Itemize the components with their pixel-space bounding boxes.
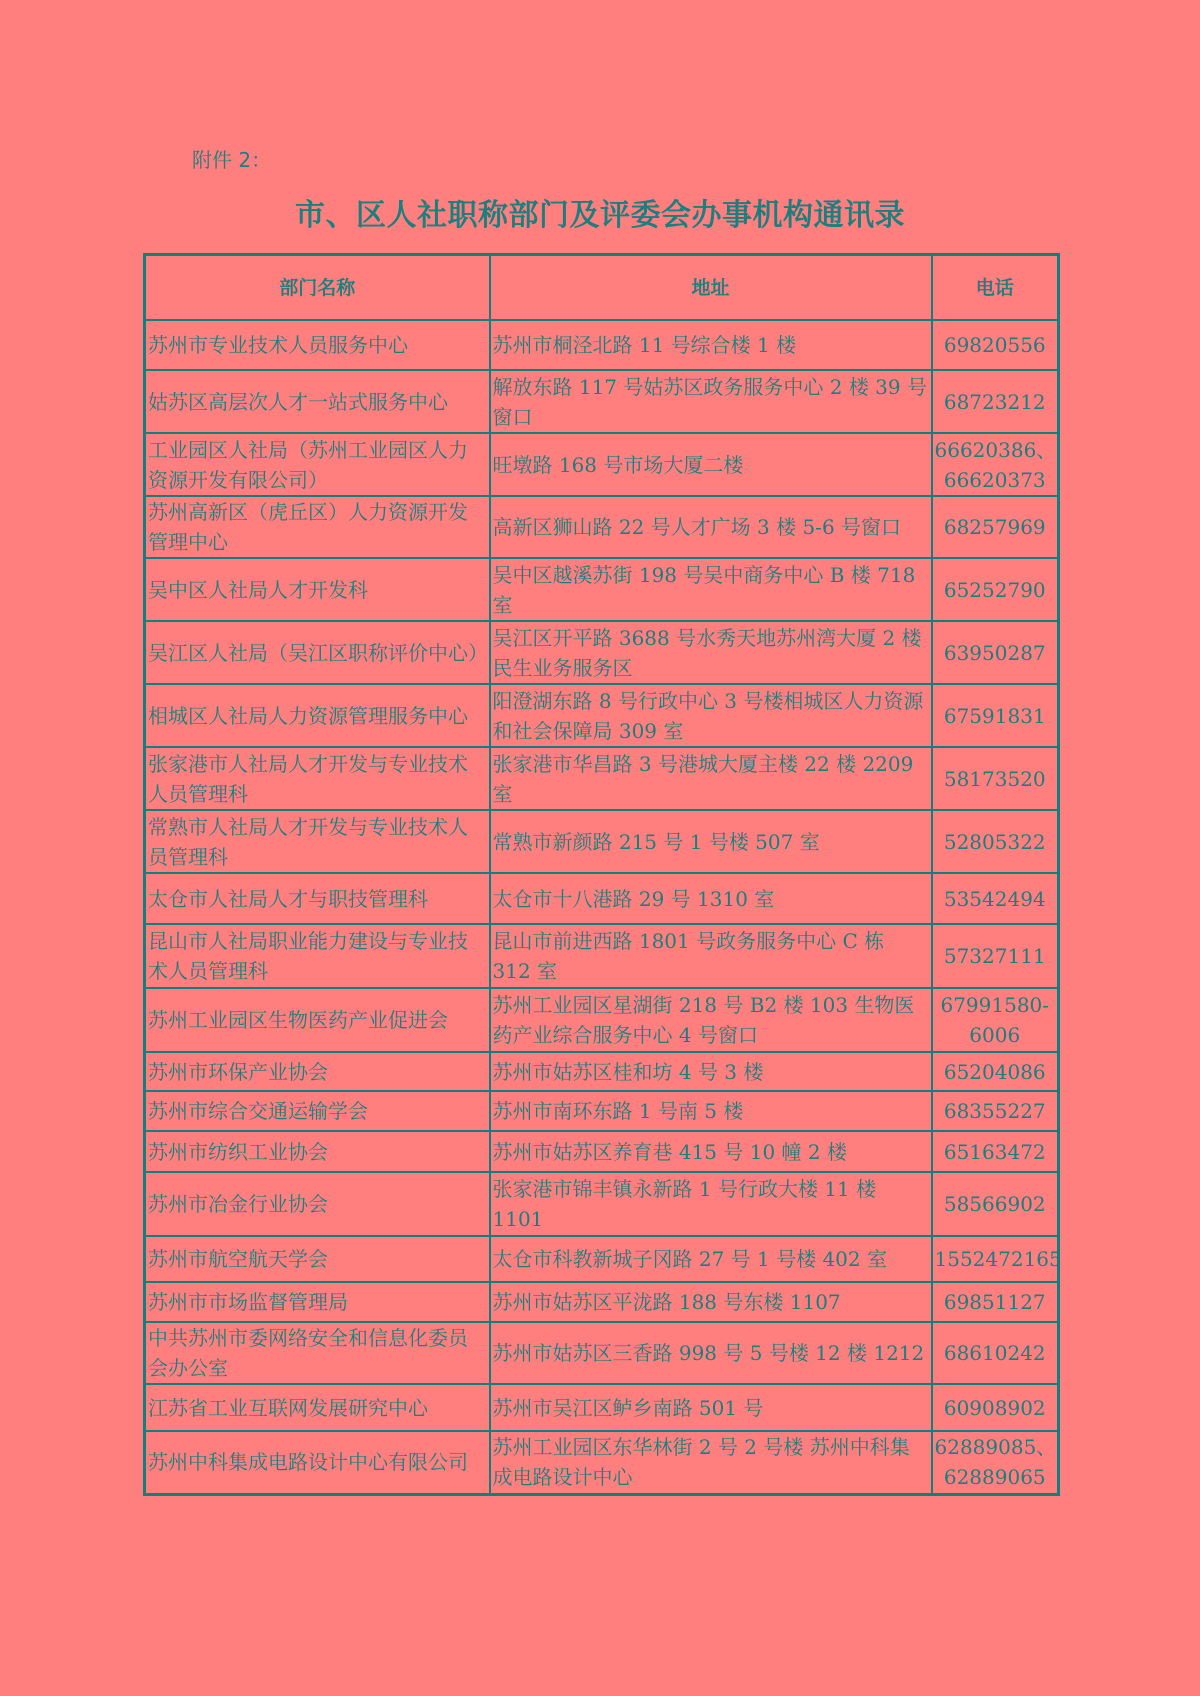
phone-cell: 68610242 <box>932 1322 1059 1384</box>
department-name-cell: 吴江区人社局（吴江区职称评价中心） <box>145 621 490 684</box>
phone-cell: 65163472 <box>932 1131 1059 1172</box>
address-cell: 张家港市华昌路 3 号港城大厦主楼 22 楼 2209 室 <box>490 747 932 810</box>
address-cell: 旺墩路 168 号市场大厦二楼 <box>490 433 932 496</box>
department-name-cell: 苏州市纺织工业协会 <box>145 1131 490 1172</box>
address-cell: 苏州市姑苏区桂和坊 4 号 3 楼 <box>490 1052 932 1091</box>
phone-cell: 15524721659 <box>932 1236 1059 1282</box>
directory-table: 部门名称 地址 电话 苏州市专业技术人员服务中心苏州市桐泾北路 11 号综合楼 … <box>143 253 1060 1496</box>
table-row: 江苏省工业互联网发展研究中心苏州市吴江区鲈乡南路 501 号60908902 <box>145 1384 1059 1431</box>
phone-cell: 69851127 <box>932 1282 1059 1322</box>
phone-cell: 52805322 <box>932 810 1059 873</box>
address-cell: 苏州市姑苏区三香路 998 号 5 号楼 12 楼 1212 <box>490 1322 932 1384</box>
department-name-cell: 苏州市冶金行业协会 <box>145 1172 490 1236</box>
department-name-cell: 昆山市人社局职业能力建设与专业技术人员管理科 <box>145 924 490 988</box>
department-name-cell: 吴中区人社局人才开发科 <box>145 558 490 621</box>
phone-cell: 63950287 <box>932 621 1059 684</box>
phone-cell: 67591831 <box>932 684 1059 747</box>
address-cell: 解放东路 117 号姑苏区政务服务中心 2 楼 39 号窗口 <box>490 370 932 433</box>
table-row: 张家港市人社局人才开发与专业技术人员管理科张家港市华昌路 3 号港城大厦主楼 2… <box>145 747 1059 810</box>
department-name-cell: 中共苏州市委网络安全和信息化委员会办公室 <box>145 1322 490 1384</box>
address-cell: 苏州市姑苏区养育巷 415 号 10 幢 2 楼 <box>490 1131 932 1172</box>
table-row: 太仓市人社局人才与职技管理科太仓市十八港路 29 号 1310 室5354249… <box>145 873 1059 924</box>
address-cell: 阳澄湖东路 8 号行政中心 3 号楼相城区人力资源和社会保障局 309 室 <box>490 684 932 747</box>
department-name-cell: 苏州高新区（虎丘区）人力资源开发管理中心 <box>145 496 490 558</box>
address-cell: 苏州市桐泾北路 11 号综合楼 1 楼 <box>490 320 932 370</box>
table-row: 昆山市人社局职业能力建设与专业技术人员管理科昆山市前进西路 1801 号政务服务… <box>145 924 1059 988</box>
phone-cell: 66620386、66620373 <box>932 433 1059 496</box>
address-cell: 太仓市科教新城子冈路 27 号 1 号楼 402 室 <box>490 1236 932 1282</box>
table-row: 苏州市市场监督管理局苏州市姑苏区平泷路 188 号东楼 110769851127 <box>145 1282 1059 1322</box>
department-name-cell: 张家港市人社局人才开发与专业技术人员管理科 <box>145 747 490 810</box>
address-cell: 苏州工业园区星湖街 218 号 B2 楼 103 生物医药产业综合服务中心 4 … <box>490 988 932 1052</box>
address-cell: 吴中区越溪苏街 198 号吴中商务中心 B 楼 718 室 <box>490 558 932 621</box>
department-name-cell: 苏州中科集成电路设计中心有限公司 <box>145 1431 490 1494</box>
table-header-row: 部门名称 地址 电话 <box>145 255 1059 321</box>
department-name-cell: 江苏省工业互联网发展研究中心 <box>145 1384 490 1431</box>
table-row: 吴中区人社局人才开发科吴中区越溪苏街 198 号吴中商务中心 B 楼 718 室… <box>145 558 1059 621</box>
address-cell: 高新区狮山路 22 号人才广场 3 楼 5-6 号窗口 <box>490 496 932 558</box>
phone-cell: 67991580-6006 <box>932 988 1059 1052</box>
header-phone: 电话 <box>932 255 1059 321</box>
department-name-cell: 苏州市市场监督管理局 <box>145 1282 490 1322</box>
document-title: 市、区人社职称部门及评委会办事机构通讯录 <box>0 190 1200 234</box>
address-cell: 苏州市姑苏区平泷路 188 号东楼 1107 <box>490 1282 932 1322</box>
department-name-cell: 姑苏区高层次人才一站式服务中心 <box>145 370 490 433</box>
phone-cell: 53542494 <box>932 873 1059 924</box>
phone-cell: 68723212 <box>932 370 1059 433</box>
phone-cell: 60908902 <box>932 1384 1059 1431</box>
phone-cell: 58173520 <box>932 747 1059 810</box>
department-name-cell: 常熟市人社局人才开发与专业技术人员管理科 <box>145 810 490 873</box>
table-row: 苏州市纺织工业协会苏州市姑苏区养育巷 415 号 10 幢 2 楼6516347… <box>145 1131 1059 1172</box>
phone-cell: 69820556 <box>932 320 1059 370</box>
table-row: 常熟市人社局人才开发与专业技术人员管理科常熟市新颜路 215 号 1 号楼 50… <box>145 810 1059 873</box>
table-row: 苏州高新区（虎丘区）人力资源开发管理中心高新区狮山路 22 号人才广场 3 楼 … <box>145 496 1059 558</box>
address-cell: 昆山市前进西路 1801 号政务服务中心 C 栋 312 室 <box>490 924 932 988</box>
department-name-cell: 苏州市航空航天学会 <box>145 1236 490 1282</box>
table-row: 相城区人社局人力资源管理服务中心阳澄湖东路 8 号行政中心 3 号楼相城区人力资… <box>145 684 1059 747</box>
table-row: 苏州市环保产业协会苏州市姑苏区桂和坊 4 号 3 楼65204086 <box>145 1052 1059 1091</box>
header-department-name: 部门名称 <box>145 255 490 321</box>
table-row: 工业园区人社局（苏州工业园区人力资源开发有限公司）旺墩路 168 号市场大厦二楼… <box>145 433 1059 496</box>
address-cell: 苏州市南环东路 1 号南 5 楼 <box>490 1091 932 1131</box>
department-name-cell: 苏州市综合交通运输学会 <box>145 1091 490 1131</box>
table-row: 苏州市航空航天学会太仓市科教新城子冈路 27 号 1 号楼 402 室15524… <box>145 1236 1059 1282</box>
table-row: 苏州市综合交通运输学会苏州市南环东路 1 号南 5 楼68355227 <box>145 1091 1059 1131</box>
address-cell: 苏州工业园区东华林街 2 号 2 号楼 苏州中科集成电路设计中心 <box>490 1431 932 1494</box>
phone-cell: 68257969 <box>932 496 1059 558</box>
address-cell: 吴江区开平路 3688 号水秀天地苏州湾大厦 2 楼民生业务服务区 <box>490 621 932 684</box>
department-name-cell: 苏州市专业技术人员服务中心 <box>145 320 490 370</box>
address-cell: 常熟市新颜路 215 号 1 号楼 507 室 <box>490 810 932 873</box>
phone-cell: 68355227 <box>932 1091 1059 1131</box>
table-row: 苏州中科集成电路设计中心有限公司苏州工业园区东华林街 2 号 2 号楼 苏州中科… <box>145 1431 1059 1494</box>
phone-cell: 57327111 <box>932 924 1059 988</box>
table-row: 苏州市专业技术人员服务中心苏州市桐泾北路 11 号综合楼 1 楼69820556 <box>145 320 1059 370</box>
phone-cell: 65252790 <box>932 558 1059 621</box>
department-name-cell: 苏州市环保产业协会 <box>145 1052 490 1091</box>
attachment-label: 附件 2： <box>192 144 271 173</box>
table-row: 吴江区人社局（吴江区职称评价中心）吴江区开平路 3688 号水秀天地苏州湾大厦 … <box>145 621 1059 684</box>
address-cell: 苏州市吴江区鲈乡南路 501 号 <box>490 1384 932 1431</box>
table-row: 中共苏州市委网络安全和信息化委员会办公室苏州市姑苏区三香路 998 号 5 号楼… <box>145 1322 1059 1384</box>
table-row: 苏州工业园区生物医药产业促进会苏州工业园区星湖街 218 号 B2 楼 103 … <box>145 988 1059 1052</box>
address-cell: 太仓市十八港路 29 号 1310 室 <box>490 873 932 924</box>
department-name-cell: 太仓市人社局人才与职技管理科 <box>145 873 490 924</box>
department-name-cell: 相城区人社局人力资源管理服务中心 <box>145 684 490 747</box>
table-row: 苏州市冶金行业协会张家港市锦丰镇永新路 1 号行政大楼 11 楼 1101585… <box>145 1172 1059 1236</box>
address-cell: 张家港市锦丰镇永新路 1 号行政大楼 11 楼 1101 <box>490 1172 932 1236</box>
phone-cell: 58566902 <box>932 1172 1059 1236</box>
table-row: 姑苏区高层次人才一站式服务中心解放东路 117 号姑苏区政务服务中心 2 楼 3… <box>145 370 1059 433</box>
department-name-cell: 苏州工业园区生物医药产业促进会 <box>145 988 490 1052</box>
header-address: 地址 <box>490 255 932 321</box>
phone-cell: 65204086 <box>932 1052 1059 1091</box>
phone-cell: 62889085、62889065 <box>932 1431 1059 1494</box>
department-name-cell: 工业园区人社局（苏州工业园区人力资源开发有限公司） <box>145 433 490 496</box>
